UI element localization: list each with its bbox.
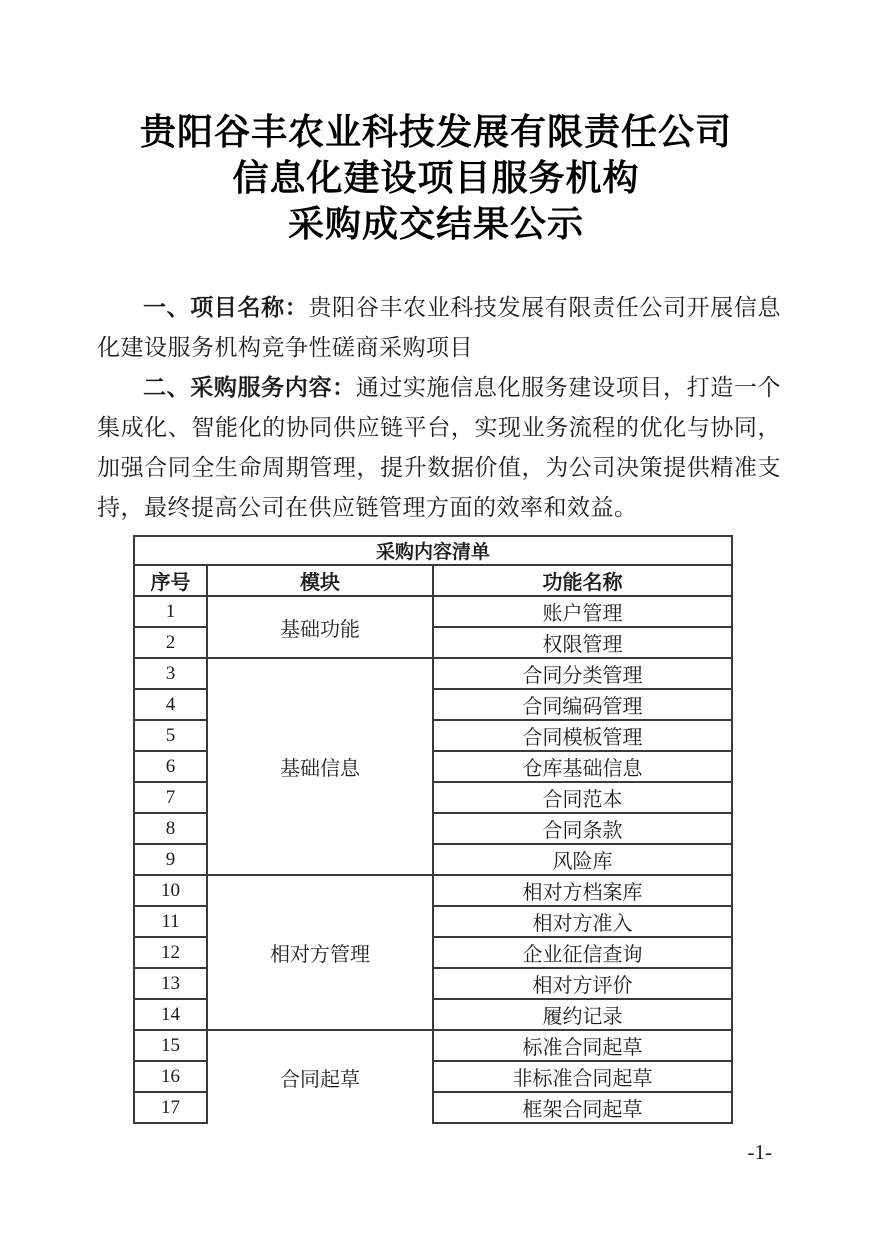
function-cell: 权限管理 [433, 627, 732, 658]
row-index-cell: 17 [134, 1092, 207, 1123]
module-cell: 相对方管理 [207, 875, 433, 1030]
procurement-table-body: 1基础功能账户管理2权限管理3基础信息合同分类管理4合同编码管理5合同模板管理6… [134, 596, 732, 1123]
module-cell: 合同起草 [207, 1030, 433, 1123]
function-cell: 框架合同起草 [433, 1092, 732, 1123]
row-index-cell: 5 [134, 720, 207, 751]
body-text: 一、项目名称：贵阳谷丰农业科技发展有限责任公司开展信息化建设服务机构竞争性磋商采… [97, 288, 781, 528]
document-page: 贵阳谷丰农业科技发展有限责任公司 信息化建设项目服务机构 采购成交结果公示 一、… [0, 0, 872, 1246]
function-cell: 合同模板管理 [433, 720, 732, 751]
procurement-table: 采购内容清单 序号 模块 功能名称 1基础功能账户管理2权限管理3基础信息合同分… [133, 535, 733, 1124]
function-cell: 合同范本 [433, 782, 732, 813]
title-line-3: 采购成交结果公示 [0, 201, 872, 247]
row-index-cell: 7 [134, 782, 207, 813]
row-index-cell: 14 [134, 999, 207, 1030]
function-cell: 相对方评价 [433, 968, 732, 999]
row-index-cell: 4 [134, 689, 207, 720]
table-title-row: 采购内容清单 [134, 536, 732, 565]
function-cell: 履约记录 [433, 999, 732, 1030]
function-cell: 仓库基础信息 [433, 751, 732, 782]
col-header-module: 模块 [207, 565, 433, 596]
function-cell: 相对方档案库 [433, 875, 732, 906]
table-row: 3基础信息合同分类管理 [134, 658, 732, 689]
row-index-cell: 13 [134, 968, 207, 999]
table-row: 10相对方管理相对方档案库 [134, 875, 732, 906]
function-cell: 企业征信查询 [433, 937, 732, 968]
title-line-2: 信息化建设项目服务机构 [0, 155, 872, 201]
table-row: 15合同起草标准合同起草 [134, 1030, 732, 1061]
row-index-cell: 1 [134, 596, 207, 627]
function-cell: 合同分类管理 [433, 658, 732, 689]
col-header-function: 功能名称 [433, 565, 732, 596]
paragraph-project-name: 一、项目名称：贵阳谷丰农业科技发展有限责任公司开展信息化建设服务机构竞争性磋商采… [97, 288, 781, 368]
row-index-cell: 15 [134, 1030, 207, 1061]
row-index-cell: 6 [134, 751, 207, 782]
row-index-cell: 9 [134, 844, 207, 875]
paragraph-project-name-label: 一、项目名称： [143, 295, 308, 320]
row-index-cell: 11 [134, 906, 207, 937]
col-header-index: 序号 [134, 565, 207, 596]
paragraph-service-content-label: 二、采购服务内容： [143, 375, 356, 400]
paragraph-service-content: 二、采购服务内容：通过实施信息化服务建设项目，打造一个集成化、智能化的协同供应链… [97, 368, 781, 528]
function-cell: 账户管理 [433, 596, 732, 627]
module-cell: 基础信息 [207, 658, 433, 875]
page-number: -1- [748, 1140, 773, 1165]
table-header-row: 序号 模块 功能名称 [134, 565, 732, 596]
function-cell: 非标准合同起草 [433, 1061, 732, 1092]
table-row: 1基础功能账户管理 [134, 596, 732, 627]
row-index-cell: 16 [134, 1061, 207, 1092]
row-index-cell: 10 [134, 875, 207, 906]
function-cell: 标准合同起草 [433, 1030, 732, 1061]
row-index-cell: 8 [134, 813, 207, 844]
row-index-cell: 3 [134, 658, 207, 689]
module-cell: 基础功能 [207, 596, 433, 658]
title-line-1: 贵阳谷丰农业科技发展有限责任公司 [0, 109, 872, 155]
row-index-cell: 2 [134, 627, 207, 658]
function-cell: 相对方准入 [433, 906, 732, 937]
table-title: 采购内容清单 [134, 536, 732, 565]
function-cell: 风险库 [433, 844, 732, 875]
function-cell: 合同编码管理 [433, 689, 732, 720]
function-cell: 合同条款 [433, 813, 732, 844]
document-title: 贵阳谷丰农业科技发展有限责任公司 信息化建设项目服务机构 采购成交结果公示 [0, 0, 872, 247]
row-index-cell: 12 [134, 937, 207, 968]
